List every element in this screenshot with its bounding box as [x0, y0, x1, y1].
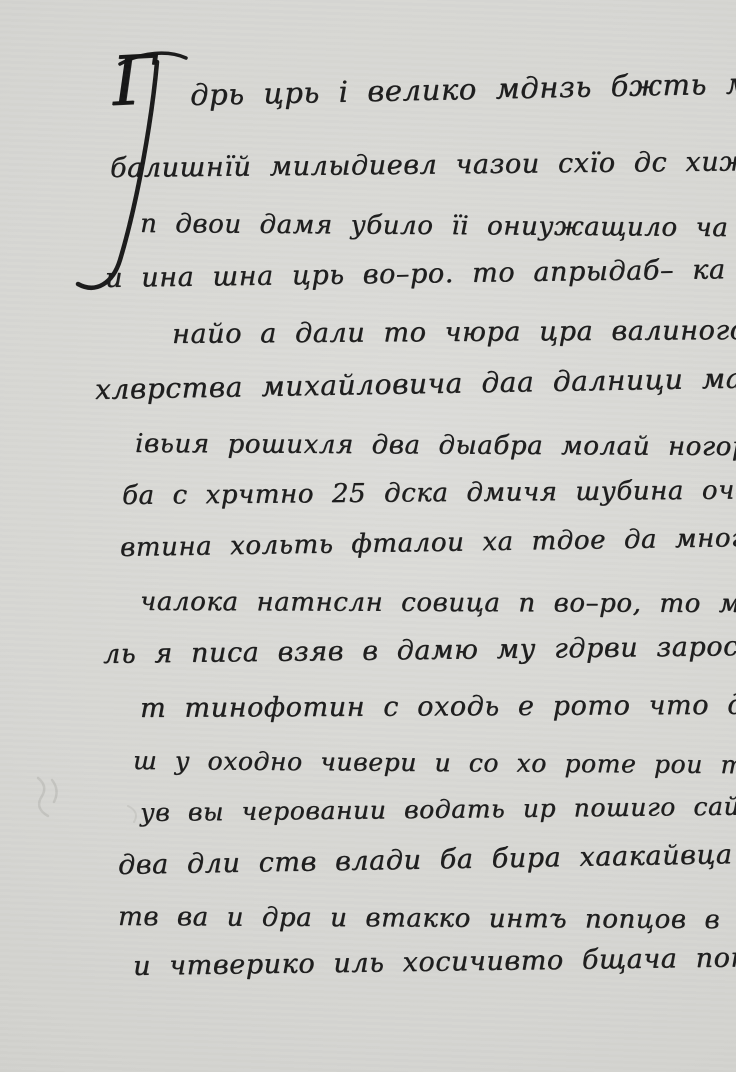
manuscript-line: и ина шна црь во–ро. то апрыдаб– ка приц… [105, 253, 736, 294]
manuscript-line: чалока натнслн совица п во–ро, то млта [140, 587, 736, 619]
manuscript-line: івьия рошихля два дыабра молай ногоро и … [135, 429, 736, 463]
manuscript-line: два дли ств влади ба бира хаакайвца [118, 839, 733, 881]
manuscript-line: хлврства михайловича даа далници малы а [95, 360, 736, 406]
manuscript-line: ув вы черовании водать ир пошиго саймыю [140, 791, 736, 827]
initial-letter: Г [110, 41, 159, 122]
manuscript-line: балишнїй милыдиевл чазои схїо дс хиж хо … [110, 145, 736, 184]
manuscript-line: ба с хрчтно 25 дска дмичя шубина очер со… [122, 475, 736, 511]
manuscript-line: втина хольть фталои ха тдое да многота [120, 522, 736, 563]
manuscript-line: ль я писа взяв в дамю му гдрви зарослава [103, 630, 736, 670]
manuscript-line: найо а дали то чюра цра валиного ита а [172, 314, 736, 350]
manuscript-photo: Г дрь црь і велико мднзь бжть михайлович… [0, 0, 736, 1072]
manuscript-line: п двои дамя убило їі ониужащило ча росе [140, 209, 736, 244]
manuscript-line: ш у оходно чивери и со хо роте рои то от… [133, 746, 736, 780]
manuscript-line: и чтверико иль хосичивто бщача попкуъ [133, 942, 736, 982]
manuscript-line: дрь црь і велико мднзь бжть михайловичя … [190, 61, 736, 112]
manuscript-line: т тинофотин с оходь е рото что да [140, 690, 736, 724]
manuscript-line: тв ва и дра и втакко интъ попцов в полат… [118, 902, 736, 936]
